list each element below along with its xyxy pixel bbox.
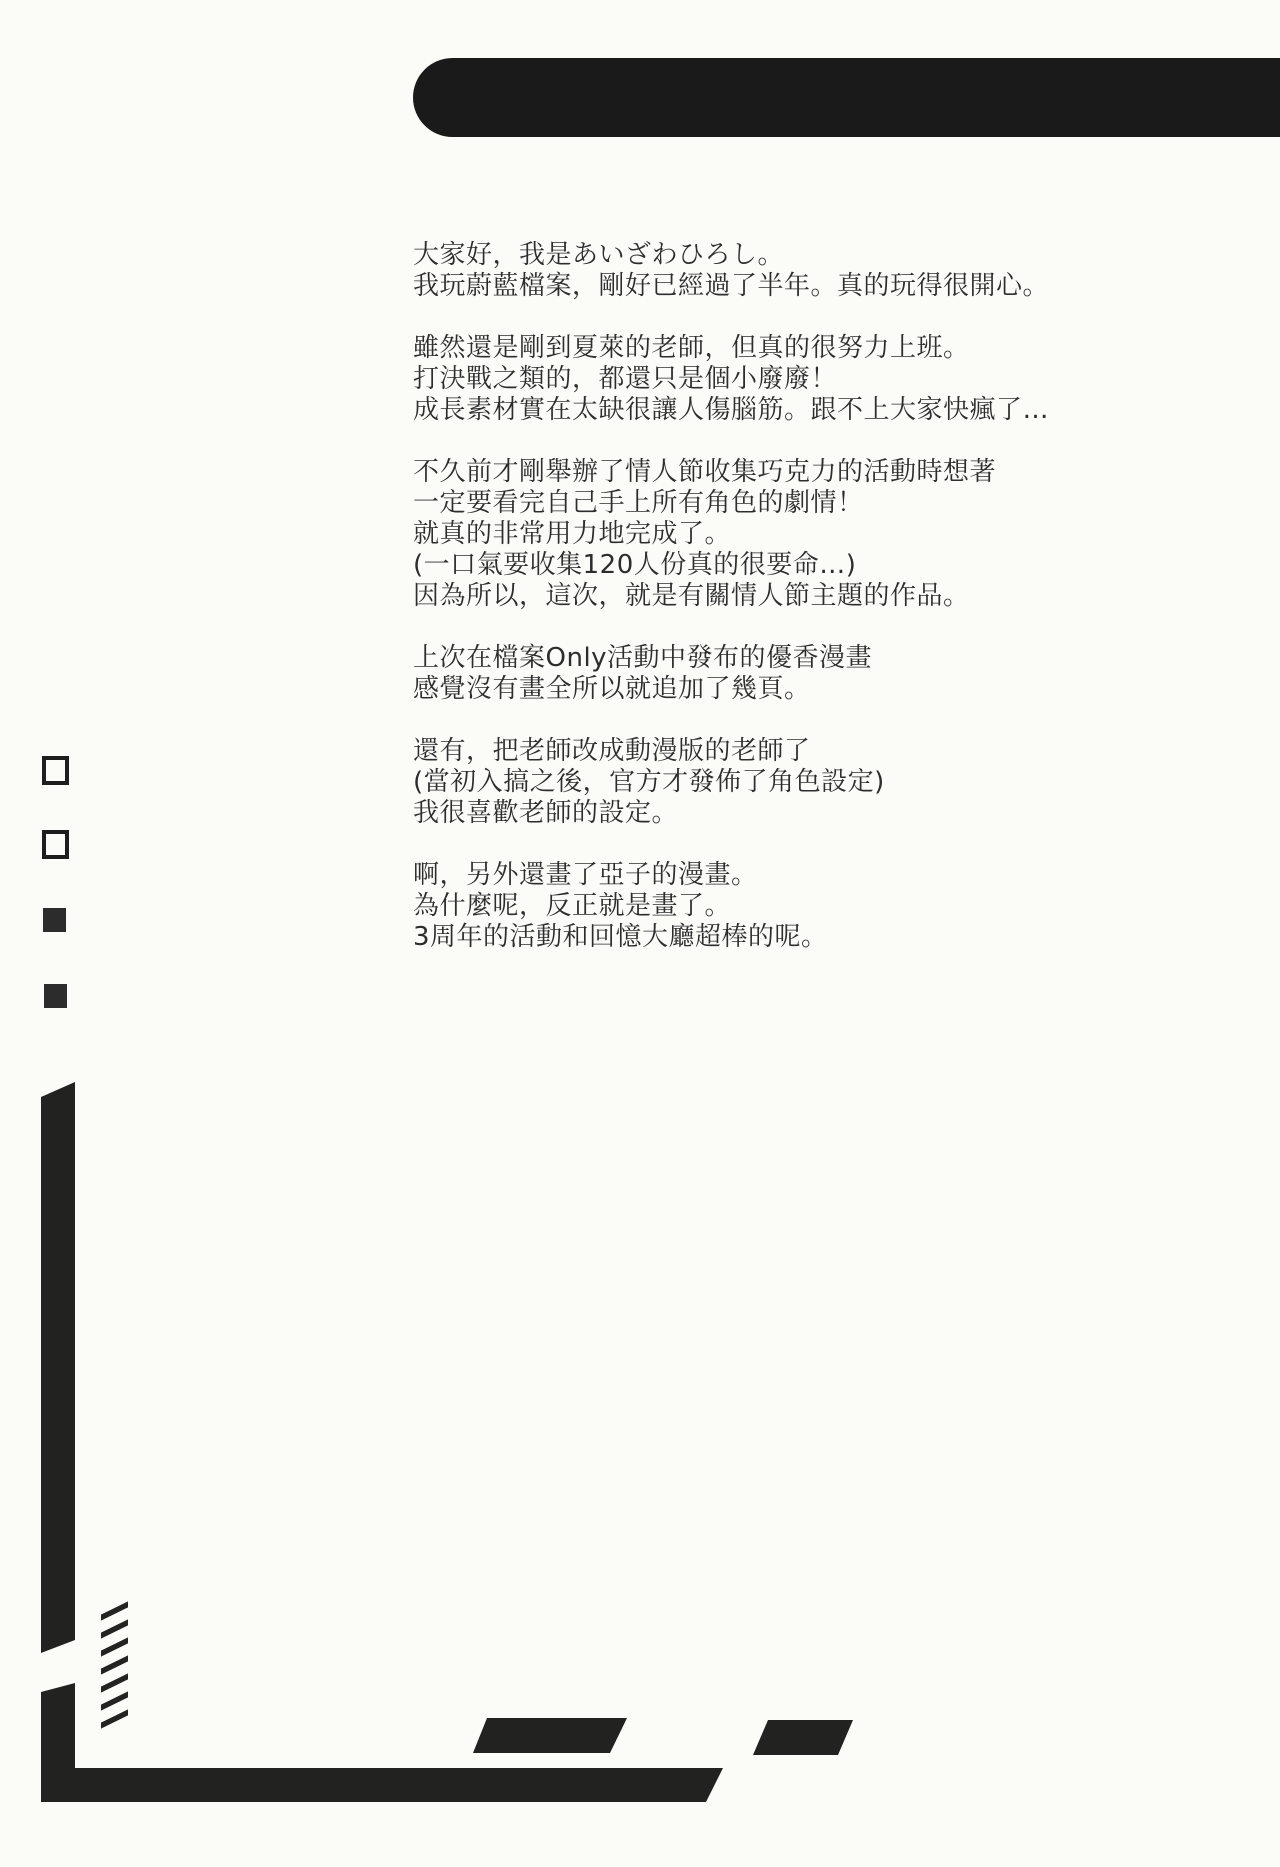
text-line: 我玩蔚藍檔案，剛好已經過了半年。真的玩得很開心。 <box>413 271 1113 302</box>
outline-square-decoration <box>42 756 69 785</box>
stripe <box>101 1709 128 1728</box>
outline-square-decoration <box>42 830 69 859</box>
afterword-text: 大家好，我是あいざわひろし。 我玩蔚藍檔案，剛好已經過了半年。真的玩得很開心。 … <box>413 240 1113 984</box>
scan-page: 大家好，我是あいざわひろし。 我玩蔚藍檔案，剛好已經過了半年。真的玩得很開心。 … <box>0 0 1280 1867</box>
paragraph: 上次在檔案Only活動中發布的優香漫畫 感覺沒有畫全所以就追加了幾頁。 <box>413 643 1113 705</box>
text-line: 不久前才剛舉辦了情人節收集巧克力的活動時想著 <box>413 457 1113 488</box>
stripe <box>101 1619 128 1638</box>
text-line: 打決戰之類的，都還只是個小廢廢！ <box>413 364 1113 395</box>
stripe <box>101 1637 128 1656</box>
text-line: 一定要看完自己手上所有角色的劇情！ <box>413 488 1113 519</box>
paragraph: 啊，另外還畫了亞子的漫畫。 為什麼呢，反正就是畫了。 3周年的活動和回憶大廳超棒… <box>413 860 1113 953</box>
paragraph: 雖然還是剛到夏萊的老師，但真的很努力上班。 打決戰之類的，都還只是個小廢廢！ 成… <box>413 333 1113 426</box>
text-line: 大家好，我是あいざわひろし。 <box>413 240 1113 271</box>
text-line: 因為所以，這次，就是有關情人節主題的作品。 <box>413 581 1113 612</box>
text-line: 我很喜歡老師的設定。 <box>413 798 1113 829</box>
stripe <box>101 1673 128 1692</box>
stripe <box>101 1691 128 1710</box>
text-line: 為什麼呢，反正就是畫了。 <box>413 891 1113 922</box>
filled-square-decoration <box>43 908 66 932</box>
header-bar-decoration <box>413 58 1280 137</box>
paragraph: 還有，把老師改成動漫版的老師了 (當初入搞之後，官方才發佈了角色設定) 我很喜歡… <box>413 736 1113 829</box>
text-line: (一口氣要收集120人份真的很要命…) <box>413 550 1113 581</box>
text-line: 還有，把老師改成動漫版的老師了 <box>413 736 1113 767</box>
parallelogram-decoration <box>753 1720 853 1755</box>
filled-square-decoration <box>44 984 67 1008</box>
text-line: 成長素材實在太缺很讓人傷腦筋。跟不上大家快瘋了… <box>413 395 1113 426</box>
text-line: 上次在檔案Only活動中發布的優香漫畫 <box>413 643 1113 674</box>
paragraph: 大家好，我是あいざわひろし。 我玩蔚藍檔案，剛好已經過了半年。真的玩得很開心。 <box>413 240 1113 302</box>
bottom-corner-bar-decoration <box>41 1683 723 1802</box>
parallelogram-decoration <box>473 1718 627 1753</box>
left-vertical-bar-decoration <box>41 1082 75 1653</box>
stripe <box>101 1655 128 1674</box>
text-line: 啊，另外還畫了亞子的漫畫。 <box>413 860 1113 891</box>
stripe <box>101 1601 128 1620</box>
text-line: 3周年的活動和回憶大廳超棒的呢。 <box>413 922 1113 953</box>
text-line: (當初入搞之後，官方才發佈了角色設定) <box>413 767 1113 798</box>
text-line: 感覺沒有畫全所以就追加了幾頁。 <box>413 674 1113 705</box>
text-line: 就真的非常用力地完成了。 <box>413 519 1113 550</box>
paragraph: 不久前才剛舉辦了情人節收集巧克力的活動時想著 一定要看完自己手上所有角色的劇情！… <box>413 457 1113 612</box>
diagonal-stripes-decoration <box>101 1608 128 1734</box>
text-line: 雖然還是剛到夏萊的老師，但真的很努力上班。 <box>413 333 1113 364</box>
